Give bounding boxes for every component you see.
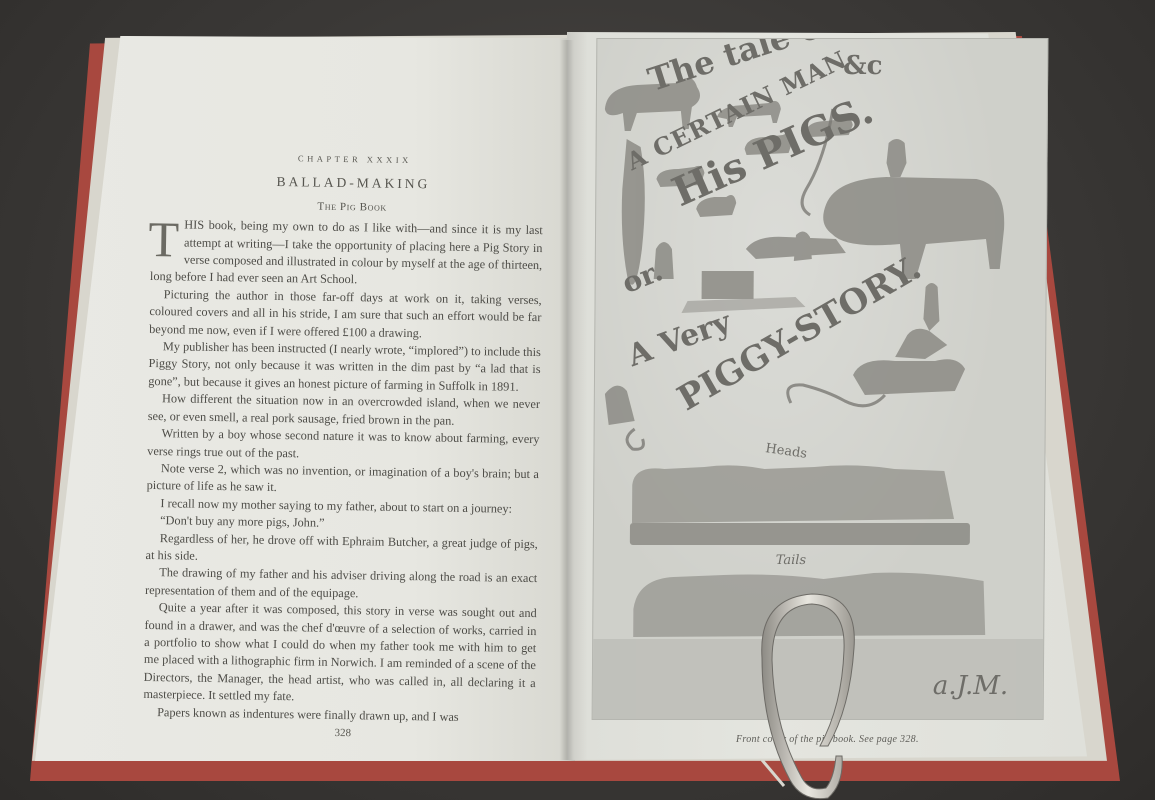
paragraph: My publisher has been instructed (I near… [148,338,541,396]
drop-cap: T [148,219,179,259]
paragraph: Quite a year after it was composed, this… [143,599,537,710]
chapter-title: BALLAD-MAKING [151,171,543,195]
book-gutter [560,40,574,760]
illustration-label-tails: Tails [776,553,807,568]
section-title: The Pig Book [151,196,543,220]
book-photo: CHAPTER XXXIX BALLAD-MAKING The Pig Book… [0,0,1155,800]
paragraph: THIS book, being my own to do as I like … [150,216,543,292]
metal-bookmark [750,588,870,800]
paragraph: Note verse 2, which was no invention, or… [147,460,539,501]
paragraph: Picturing the author in those far-off da… [149,286,542,344]
illustration-signature: a.J.M. [933,671,1009,701]
left-page-text: CHAPTER XXXIX BALLAD-MAKING The Pig Book… [143,148,544,745]
